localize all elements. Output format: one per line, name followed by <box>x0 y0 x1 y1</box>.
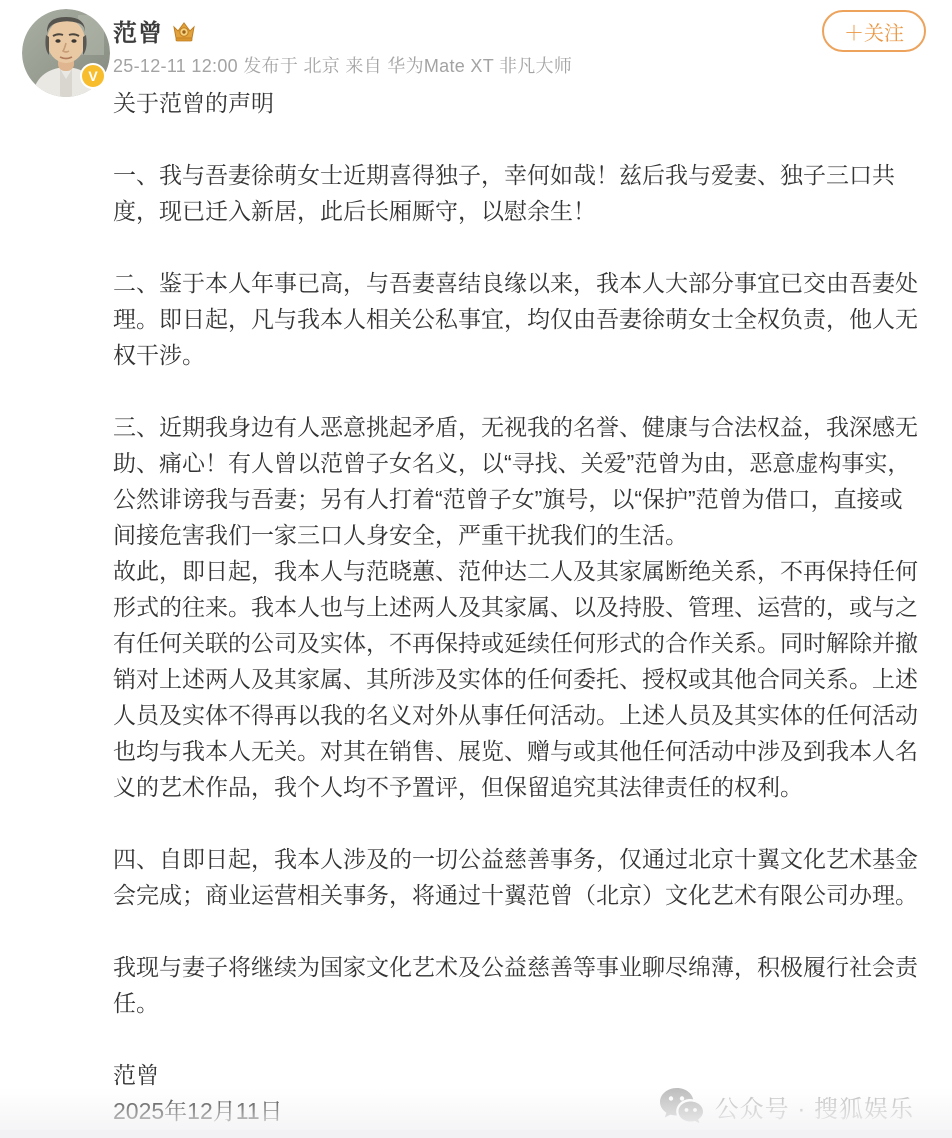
bottom-strip <box>0 1130 952 1138</box>
post-body-text: 关于范曾的声明 一、我与吾妻徐萌女士近期喜得独子，幸何如哉！兹后我与爱妻、独子三… <box>113 85 945 1129</box>
wechat-icon <box>659 1086 705 1126</box>
avatar[interactable]: V <box>22 9 110 97</box>
weibo-post-card: V 范曾 25-12-11 12:00 发布于 北京 来自 华为Mate XT … <box>0 0 952 1138</box>
post-timestamp: 25-12-11 12:00 发布于 北京 来自 华为Mate XT 非凡大师 <box>113 52 572 78</box>
watermark: 公众号 · 搜狐娱乐 <box>659 1086 914 1126</box>
follow-button[interactable]: ＋关注 <box>822 10 926 52</box>
verified-badge-icon: V <box>80 63 106 89</box>
gold-crown-medal-icon <box>171 19 197 43</box>
user-name[interactable]: 范曾 <box>113 13 163 48</box>
watermark-label: 公众号 · 搜狐娱乐 <box>715 1089 914 1124</box>
